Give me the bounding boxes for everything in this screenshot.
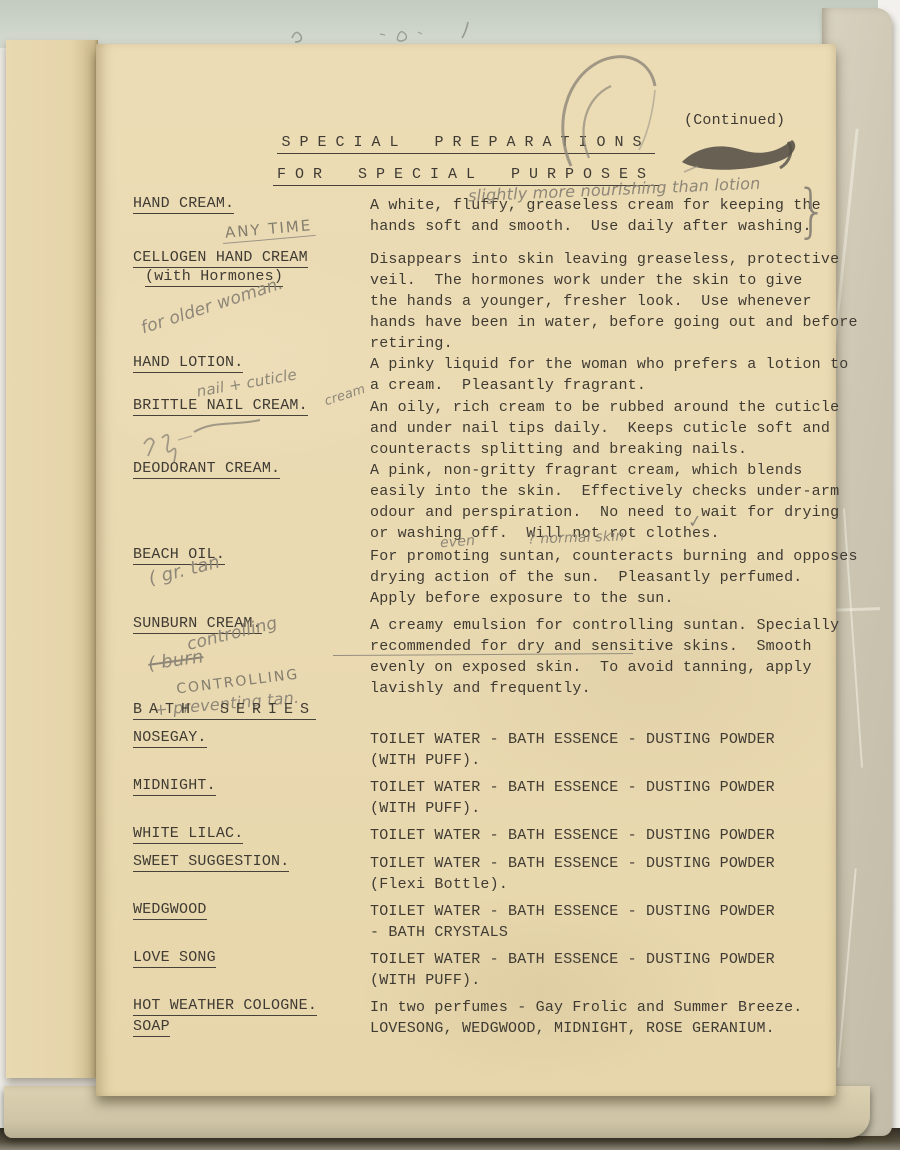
entry-description: A pinky liquid for the woman who prefers… bbox=[370, 354, 848, 396]
entry-brittle-nail-cream: BRITTLE NAIL CREAM. An oily, rich cream … bbox=[133, 397, 806, 416]
entry-label: CELLOGEN HAND CREAM bbox=[133, 249, 308, 268]
pencil-arcs-doodle bbox=[551, 46, 661, 176]
description-line: (Flexi Bottle). bbox=[370, 874, 775, 895]
description-line: lavishly and frequently. bbox=[370, 678, 839, 699]
annotation-even: even bbox=[439, 533, 475, 551]
description-line: retiring. bbox=[370, 333, 858, 354]
entry-label: LOVE SONG bbox=[133, 949, 216, 968]
entry-label: NOSEGAY. bbox=[133, 729, 207, 748]
entry-description: TOILET WATER - BATH ESSENCE - DUSTING PO… bbox=[370, 825, 775, 846]
description-line: A creamy emulsion for controlling suntan… bbox=[370, 615, 839, 636]
entry-description: A white, fluffy, greaseless cream for ke… bbox=[370, 195, 821, 237]
description-line: TOILET WATER - BATH ESSENCE - DUSTING PO… bbox=[370, 949, 775, 970]
description-line: (WITH PUFF). bbox=[370, 970, 775, 991]
description-line: - BATH CRYSTALS bbox=[370, 922, 775, 943]
description-line: TOILET WATER - BATH ESSENCE - DUSTING PO… bbox=[370, 729, 775, 750]
description-line: counteracts splitting and breaking nails… bbox=[370, 439, 839, 460]
entry-description: For promoting suntan, counteracts burnin… bbox=[370, 546, 858, 609]
entry-nosegay: NOSEGAY. TOILET WATER - BATH ESSENCE - D… bbox=[133, 729, 806, 748]
entry-description: TOILET WATER - BATH ESSENCE - DUSTING PO… bbox=[370, 853, 775, 895]
entry-midnight: MIDNIGHT. TOILET WATER - BATH ESSENCE - … bbox=[133, 777, 806, 796]
description-line: easily into the skin. Effectively checks… bbox=[370, 481, 839, 502]
entry-description: An oily, rich cream to be rubbed around … bbox=[370, 397, 839, 460]
description-line: TOILET WATER - BATH ESSENCE - DUSTING PO… bbox=[370, 901, 775, 922]
entry-white-lilac: WHITE LILAC. TOILET WATER - BATH ESSENCE… bbox=[133, 825, 806, 844]
entry-description: TOILET WATER - BATH ESSENCE - DUSTING PO… bbox=[370, 729, 775, 771]
description-line: a cream. Pleasantly fragrant. bbox=[370, 375, 848, 396]
entry-label: HAND LOTION. bbox=[133, 354, 243, 373]
entry-wedgwood: WEDGWOOD TOILET WATER - BATH ESSENCE - D… bbox=[133, 901, 806, 920]
entry-description: In two perfumes - Gay Frolic and Summer … bbox=[370, 997, 802, 1018]
entry-soap: SOAP LOVESONG, WEDGWOOD, MIDNIGHT, ROSE … bbox=[133, 1018, 806, 1037]
entry-label: MIDNIGHT. bbox=[133, 777, 216, 796]
description-line: evenly on exposed skin. To avoid tanning… bbox=[370, 657, 839, 678]
description-line: LOVESONG, WEDGWOOD, MIDNIGHT, ROSE GERAN… bbox=[370, 1018, 775, 1039]
entry-hand-lotion: HAND LOTION. A pinky liquid for the woma… bbox=[133, 354, 806, 373]
entry-label: WEDGWOOD bbox=[133, 901, 207, 920]
description-line: hands soft and smooth. Use daily after w… bbox=[370, 216, 821, 237]
description-line: drying action of the sun. Pleasantly per… bbox=[370, 567, 858, 588]
entry-label: DEODORANT CREAM. bbox=[133, 460, 280, 479]
description-line: hands have been in water, before going o… bbox=[370, 312, 858, 333]
description-line: In two perfumes - Gay Frolic and Summer … bbox=[370, 997, 802, 1018]
pencil-checkmark: ✓ bbox=[687, 511, 704, 533]
entry-label: WHITE LILAC. bbox=[133, 825, 243, 844]
annotation-normal-skin: ? normal skin bbox=[528, 528, 625, 547]
entry-hot-weather-cologne: HOT WEATHER COLOGNE. In two perfumes - G… bbox=[133, 997, 806, 1016]
description-line: veil. The hormones work under the skin t… bbox=[370, 270, 858, 291]
bath-series-heading-text: BATH SERIES bbox=[133, 701, 316, 720]
dark-swoosh-doodle bbox=[678, 128, 803, 178]
entry-label: SWEET SUGGESTION. bbox=[133, 853, 289, 872]
pencil-scribble-doodle bbox=[134, 416, 264, 466]
entry-cellogen-hand-cream: CELLOGEN HAND CREAM (with Hormones) Disa… bbox=[133, 249, 806, 287]
entry-description: LOVESONG, WEDGWOOD, MIDNIGHT, ROSE GERAN… bbox=[370, 1018, 775, 1039]
entry-description: TOILET WATER - BATH ESSENCE - DUSTING PO… bbox=[370, 901, 775, 943]
entry-label: HOT WEATHER COLOGNE. bbox=[133, 997, 317, 1016]
description-line: TOILET WATER - BATH ESSENCE - DUSTING PO… bbox=[370, 853, 775, 874]
entry-label: HAND CREAM. bbox=[133, 195, 234, 214]
description-line: Disappears into skin leaving greaseless,… bbox=[370, 249, 858, 270]
entry-sweet-suggestion: SWEET SUGGESTION. TOILET WATER - BATH ES… bbox=[133, 853, 806, 872]
description-line: the hands a younger, fresher look. Use w… bbox=[370, 291, 858, 312]
description-line: (WITH PUFF). bbox=[370, 798, 775, 819]
bath-series-heading: BATH SERIES bbox=[133, 701, 316, 720]
description-line: A pinky liquid for the woman who prefers… bbox=[370, 354, 848, 375]
entry-label: BRITTLE NAIL CREAM. bbox=[133, 397, 308, 416]
description-line: An oily, rich cream to be rubbed around … bbox=[370, 397, 839, 418]
entry-description: TOILET WATER - BATH ESSENCE - DUSTING PO… bbox=[370, 949, 775, 991]
annotation-any-time: ANY TIME bbox=[221, 216, 316, 244]
entry-deodorant-cream: DEODORANT CREAM. A pink, non-gritty frag… bbox=[133, 460, 806, 479]
entry-description: TOILET WATER - BATH ESSENCE - DUSTING PO… bbox=[370, 777, 775, 819]
entry-description: Disappears into skin leaving greaseless,… bbox=[370, 249, 858, 354]
annotation-burn-struck: ( burn bbox=[147, 646, 205, 675]
curly-brace-mark: } bbox=[796, 178, 828, 245]
description-line: A pink, non-gritty fragrant cream, which… bbox=[370, 460, 839, 481]
entry-love-song: LOVE SONG TOILET WATER - BATH ESSENCE - … bbox=[133, 949, 806, 968]
scanned-document-scene: (Continued) SPECIAL PREPARATIONS FOR SPE… bbox=[0, 0, 900, 1150]
entry-label: SOAP bbox=[133, 1018, 170, 1037]
description-line: and under nail tips daily. Keeps cuticle… bbox=[370, 418, 839, 439]
description-line: (WITH PUFF). bbox=[370, 750, 775, 771]
description-line: TOILET WATER - BATH ESSENCE - DUSTING PO… bbox=[370, 777, 775, 798]
entry-description: A creamy emulsion for controlling suntan… bbox=[370, 615, 839, 699]
catalog-page: (Continued) SPECIAL PREPARATIONS FOR SPE… bbox=[96, 44, 836, 1096]
description-line: Apply before exposure to the sun. bbox=[370, 588, 858, 609]
description-line: TOILET WATER - BATH ESSENCE - DUSTING PO… bbox=[370, 825, 775, 846]
description-line: odour and perspiration. No need to wait … bbox=[370, 502, 839, 523]
previous-page-edge bbox=[6, 40, 98, 1078]
continued-label: (Continued) bbox=[684, 112, 785, 129]
